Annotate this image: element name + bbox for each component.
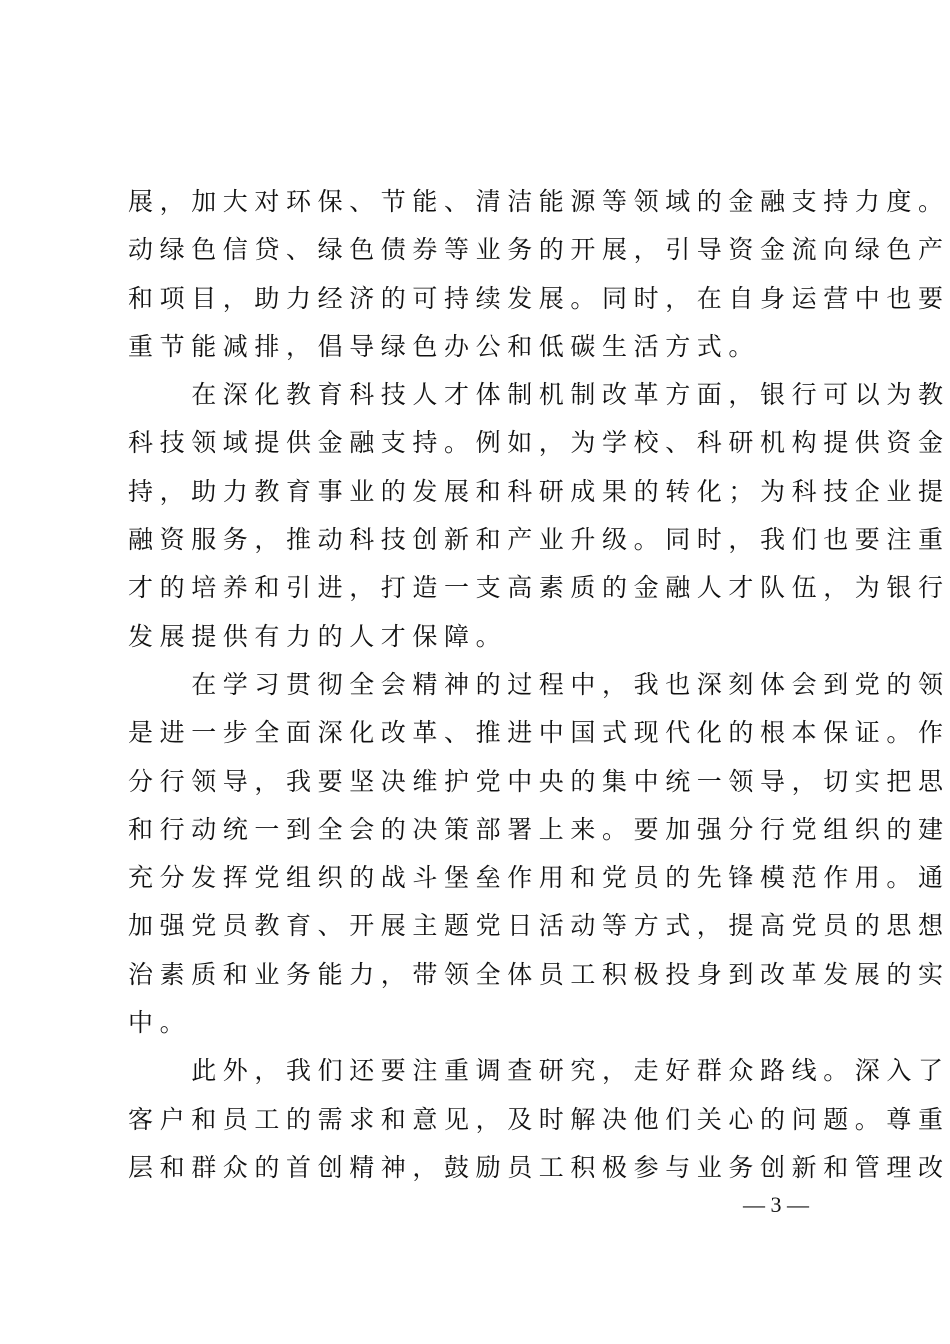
text-line: 此外，我们还要注重调查研究，走好群众路线。深入了解 — [128, 1051, 832, 1099]
text-line: 层和群众的首创精神，鼓励员工积极参与业务创新和管理改进， — [128, 1148, 832, 1196]
text-line: 在深化教育科技人才体制机制改革方面，银行可以为教育 — [128, 375, 832, 423]
text-line: 动绿色信贷、绿色债券等业务的开展，引导资金流向绿色产业 — [128, 230, 832, 278]
text-line: 充分发挥党组织的战斗堡垒作用和党员的先锋模范作用。通过 — [128, 858, 832, 906]
text-line: 治素质和业务能力，带领全体员工积极投身到改革发展的实践 — [128, 955, 832, 1003]
text-line: 和行动统一到全会的决策部署上来。要加强分行党组织的建设， — [128, 810, 832, 858]
text-line: 持，助力教育事业的发展和科研成果的转化；为科技企业提供 — [128, 472, 832, 520]
text-line: 融资服务，推动科技创新和产业升级。同时，我们也要注重人 — [128, 520, 832, 568]
document-page: 展，加大对环保、节能、清洁能源等领域的金融支持力度。推 动绿色信贷、绿色债券等业… — [0, 0, 950, 1344]
text-line: 分行领导，我要坚决维护党中央的集中统一领导，切实把思想 — [128, 762, 832, 810]
text-line: 科技领域提供金融支持。例如，为学校、科研机构提供资金支 — [128, 423, 832, 471]
text-line: 和项目，助力经济的可持续发展。同时，在自身运营中也要注 — [128, 279, 832, 327]
text-line: 发展提供有力的人才保障。 — [128, 617, 832, 665]
text-line: 中。 — [128, 1003, 832, 1051]
text-line: 是进一步全面深化改革、推进中国式现代化的根本保证。作为 — [128, 713, 832, 761]
page-number: — 3 — — [740, 1190, 812, 1220]
text-line: 才的培养和引进，打造一支高素质的金融人才队伍，为银行的 — [128, 568, 832, 616]
text-line: 重节能减排，倡导绿色办公和低碳生活方式。 — [128, 327, 832, 375]
text-line: 在学习贯彻全会精神的过程中，我也深刻体会到党的领导 — [128, 665, 832, 713]
text-line: 客户和员工的需求和意见，及时解决他们关心的问题。尊重基 — [128, 1100, 832, 1148]
text-line: 展，加大对环保、节能、清洁能源等领域的金融支持力度。推 — [128, 182, 832, 230]
text-line: 加强党员教育、开展主题党日活动等方式，提高党员的思想政 — [128, 906, 832, 954]
body-text: 展，加大对环保、节能、清洁能源等领域的金融支持力度。推 动绿色信贷、绿色债券等业… — [128, 182, 832, 1196]
